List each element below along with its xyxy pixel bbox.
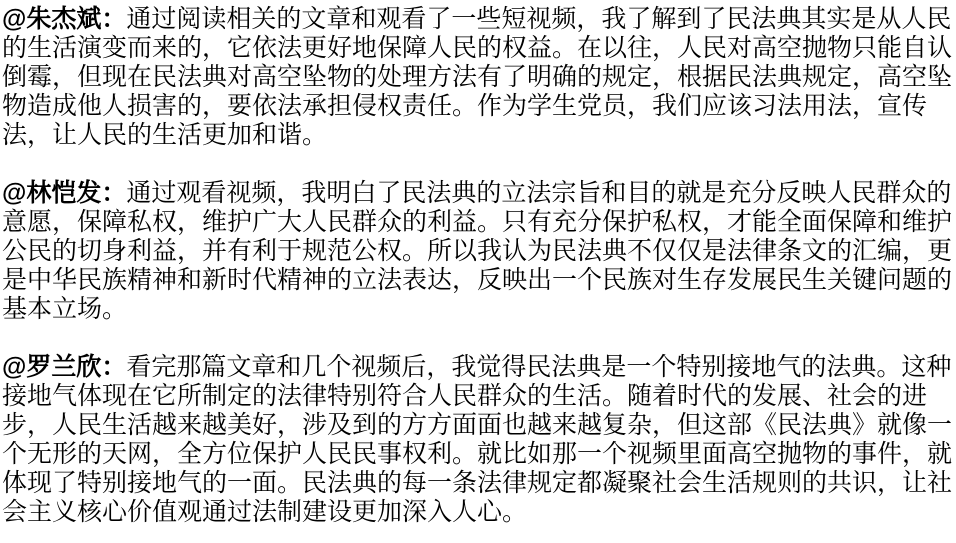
comment-lin-kaifa: @林恺发：通过观看视频，我明白了民法典的立法宗旨和目的就是充分反映人民群众的意愿… — [2, 179, 954, 324]
comment-author: @朱杰斌： — [2, 5, 126, 33]
comment-text: 通过阅读相关的文章和观看了一些短视频，我了解到了民法典其实是从人民的生活演变而来… — [2, 5, 952, 149]
comment-text: 看完那篇文章和几个视频后，我觉得民法典是一个特别接地气的法典。这种接地气体现在它… — [2, 353, 952, 526]
comment-text: 通过观看视频，我明白了民法典的立法宗旨和目的就是充分反映人民群众的意愿，保障私权… — [2, 179, 952, 323]
comment-zhu-jiebin: @朱杰斌：通过阅读相关的文章和观看了一些短视频，我了解到了民法典其实是从人民的生… — [2, 5, 954, 150]
comment-author: @罗兰欣： — [2, 353, 126, 381]
document-page: @朱杰斌：通过阅读相关的文章和观看了一些短视频，我了解到了民法典其实是从人民的生… — [0, 0, 956, 527]
comment-author: @林恺发： — [2, 179, 126, 207]
comment-luo-lanxin: @罗兰欣：看完那篇文章和几个视频后，我觉得民法典是一个特别接地气的法典。这种接地… — [2, 353, 954, 527]
